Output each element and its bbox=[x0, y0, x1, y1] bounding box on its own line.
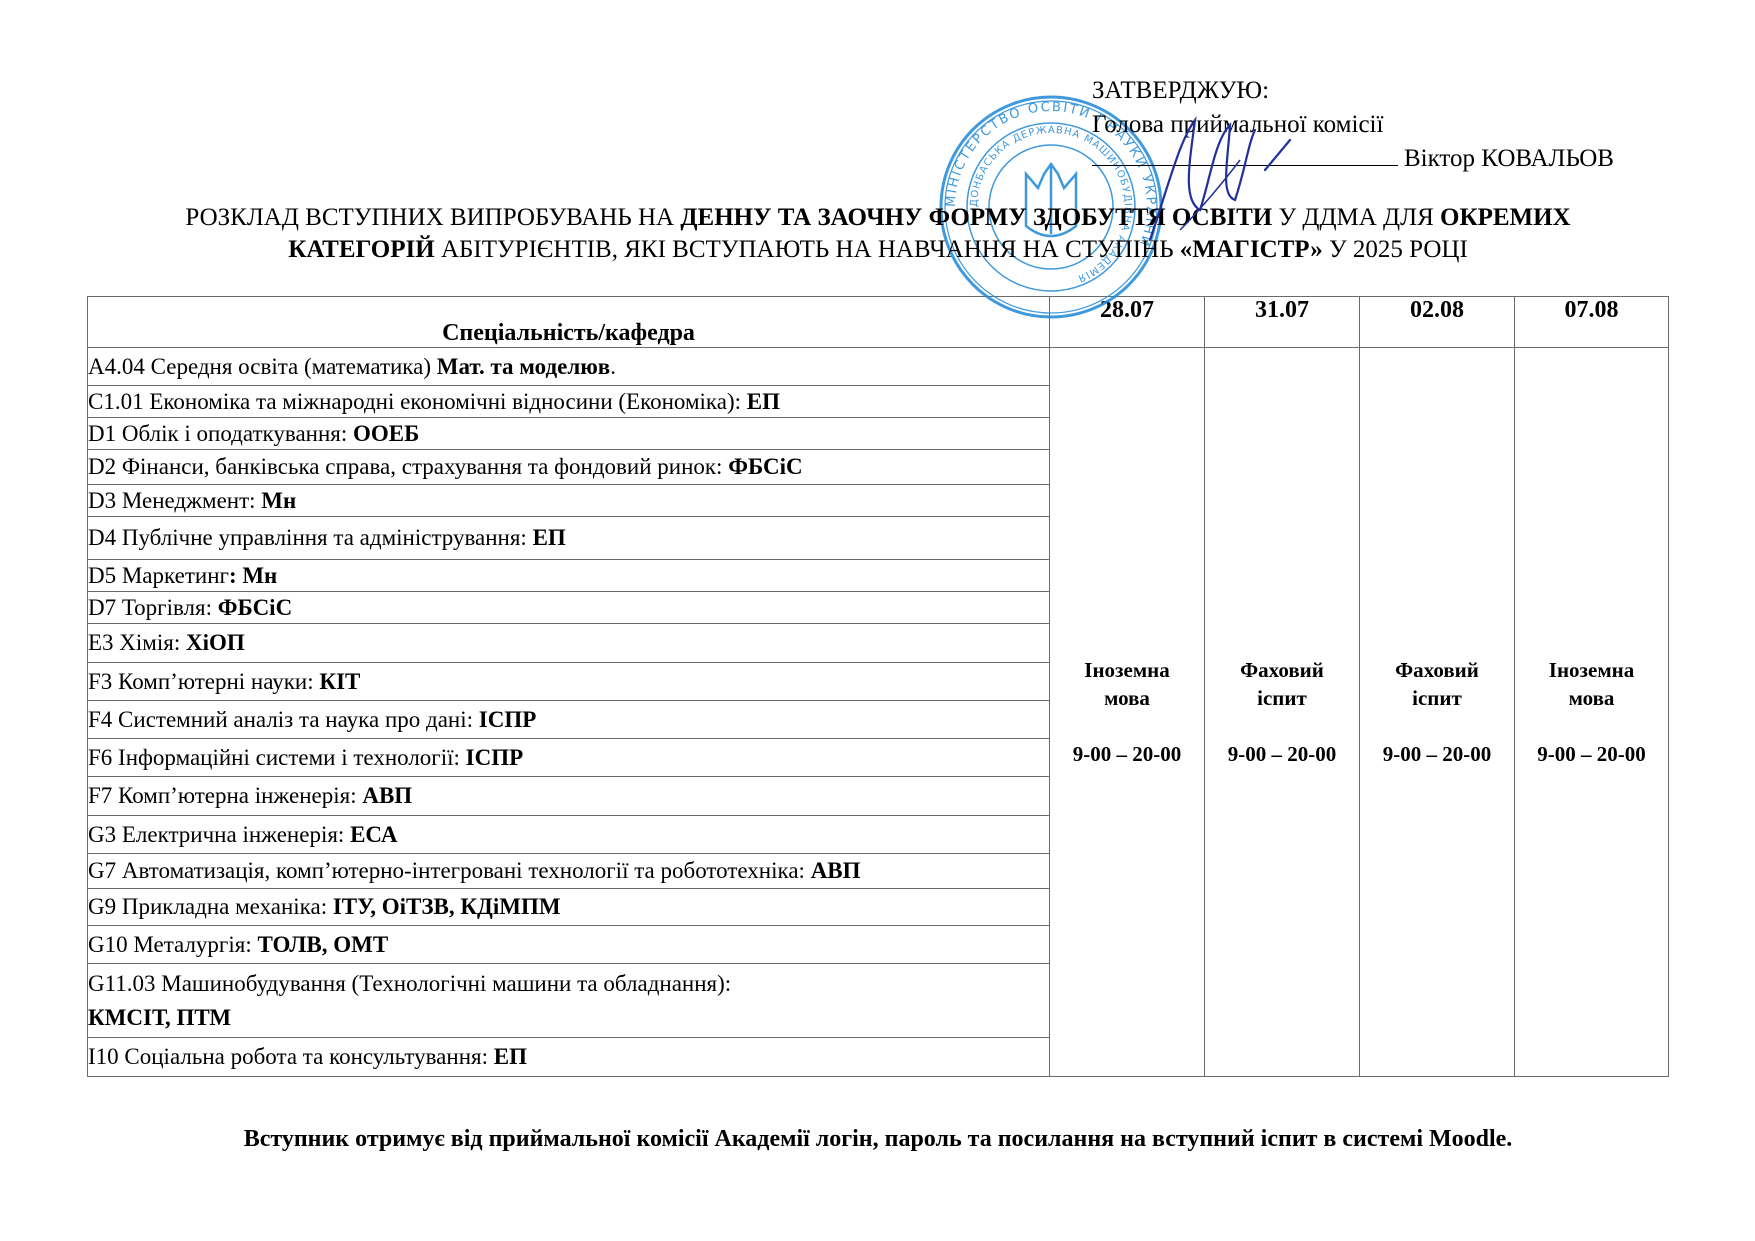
specialty-cell: E3 Хімія: ХіОП bbox=[88, 624, 1050, 663]
exam-time: 9-00 – 20-00 bbox=[1205, 740, 1359, 768]
header-date: 31.07 bbox=[1205, 297, 1360, 348]
exam-name: Іноземна bbox=[1515, 656, 1668, 684]
specialty-name: D5 Маркетинг bbox=[88, 563, 229, 588]
exam-cell-07.08: Іноземнамова9-00 – 20-00 bbox=[1515, 348, 1669, 1077]
table-row: A4.04 Середня освіта (математика) Мат. т… bbox=[88, 348, 1669, 386]
header-specialty: Спеціальність/кафедра bbox=[88, 297, 1050, 348]
header-date: 02.08 bbox=[1360, 297, 1515, 348]
specialty-name: G3 Електрична інженерія: bbox=[88, 822, 350, 847]
exam-name: Іноземна bbox=[1050, 656, 1204, 684]
department-code: ХіОП bbox=[186, 630, 245, 655]
specialty-cell: D1 Облік і оподаткування: ООЕБ bbox=[88, 418, 1050, 450]
specialty-cell: G10 Металургія: ТОЛВ, ОМТ bbox=[88, 926, 1050, 964]
specialty-cell: F7 Комп’ютерна інженерія: АВП bbox=[88, 777, 1050, 816]
specialty-name: D1 Облік і оподаткування: bbox=[88, 421, 353, 446]
department-code: ЕСА bbox=[350, 822, 397, 847]
exam-time: 9-00 – 20-00 bbox=[1050, 740, 1204, 768]
exam-name: мова bbox=[1050, 684, 1204, 712]
specialty-cell: F3 Комп’ютерні науки: КІТ bbox=[88, 663, 1050, 701]
specialty-name: G11.03 Машинобудування (Технологічні маш… bbox=[88, 971, 731, 996]
department-code: ІТУ, ОіТЗВ, КДіМПМ bbox=[333, 894, 561, 919]
exam-name: іспит bbox=[1360, 684, 1514, 712]
specialty-cell: F6 Інформаційні системи і технології: ІС… bbox=[88, 739, 1050, 777]
specialty-cell: F4 Системний аналіз та наука про дані: І… bbox=[88, 701, 1050, 739]
exam-name: Фаховий bbox=[1205, 656, 1359, 684]
exam-cell-02.08: Фаховийіспит9-00 – 20-00 bbox=[1360, 348, 1515, 1077]
specialty-name: G7 Автоматизація, комп’ютерно-інтегрован… bbox=[88, 858, 811, 883]
specialty-cell: D4 Публічне управління та адмініструванн… bbox=[88, 517, 1050, 560]
specialty-cell: G3 Електрична інженерія: ЕСА bbox=[88, 816, 1050, 854]
department-code: АВП bbox=[811, 858, 861, 883]
specialty-cell: D3 Менеджмент: Мн bbox=[88, 485, 1050, 517]
signatory-name: Віктор КОВАЛЬОВ bbox=[1404, 145, 1614, 172]
department-code: КІТ bbox=[319, 669, 360, 694]
document-title: РОЗКЛАД ВСТУПНИХ ВИПРОБУВАНЬ НА ДЕННУ ТА… bbox=[40, 202, 1716, 266]
specialty-cell: A4.04 Середня освіта (математика) Мат. т… bbox=[88, 348, 1050, 386]
department-code: ЕП bbox=[533, 525, 566, 550]
department-code: ЕП bbox=[747, 389, 780, 414]
specialty-cell: I10 Соціальна робота та консультування: … bbox=[88, 1038, 1050, 1077]
department-code: ТОЛВ, ОМТ bbox=[257, 932, 388, 957]
department-code: ООЕБ bbox=[353, 421, 419, 446]
approval-block: ЗАТВЕРДЖУЮ: Голова приймальної комісії В… bbox=[1092, 74, 1614, 176]
exam-cell-31.07: Фаховийіспит9-00 – 20-00 bbox=[1205, 348, 1360, 1077]
header-date: 28.07 bbox=[1050, 297, 1205, 348]
department-code: ІСПР bbox=[466, 745, 524, 770]
specialty-cell: G7 Автоматизація, комп’ютерно-інтегрован… bbox=[88, 854, 1050, 889]
department-code: АВП bbox=[362, 783, 412, 808]
specialty-name: F3 Комп’ютерні науки: bbox=[88, 669, 319, 694]
approval-signatory-line: Віктор КОВАЛЬОВ bbox=[1092, 142, 1614, 176]
specialty-name: F6 Інформаційні системи і технології: bbox=[88, 745, 466, 770]
department-code: ІСПР bbox=[479, 707, 537, 732]
exam-cell-28.07: Іноземнамова9-00 – 20-00 bbox=[1050, 348, 1205, 1077]
title-emphasis: КАТЕГОРІЙ bbox=[288, 236, 435, 263]
specialty-cell: C1.01 Економіка та міжнародні економічні… bbox=[88, 386, 1050, 418]
specialty-name: F7 Комп’ютерна інженерія: bbox=[88, 783, 362, 808]
specialty-name: E3 Хімія: bbox=[88, 630, 186, 655]
exam-name: іспит bbox=[1205, 684, 1359, 712]
specialty-cell: G9 Прикладна механіка: ІТУ, ОіТЗВ, КДіМП… bbox=[88, 889, 1050, 926]
specialty-cell: G11.03 Машинобудування (Технологічні маш… bbox=[88, 964, 1050, 1038]
specialty-cell: D5 Маркетинг: Мн bbox=[88, 560, 1050, 592]
header-date: 07.08 bbox=[1515, 297, 1669, 348]
exam-name: мова bbox=[1515, 684, 1668, 712]
exam-time: 9-00 – 20-00 bbox=[1515, 740, 1668, 768]
exam-name: Фаховий bbox=[1360, 656, 1514, 684]
specialty-name: D4 Публічне управління та адмініструванн… bbox=[88, 525, 533, 550]
specialty-name: G9 Прикладна механіка: bbox=[88, 894, 333, 919]
specialty-name: D7 Торгівля: bbox=[88, 595, 218, 620]
title-line-2: КАТЕГОРІЙ АБІТУРІЄНТІВ, ЯКІ ВСТУПАЮТЬ НА… bbox=[40, 234, 1716, 266]
exam-time: 9-00 – 20-00 bbox=[1360, 740, 1514, 768]
title-text: У 2025 РОЦІ bbox=[1323, 236, 1468, 263]
specialty-name: I10 Соціальна робота та консультування: bbox=[88, 1044, 494, 1069]
department-code: Мн bbox=[261, 488, 296, 513]
approval-position: Голова приймальної комісії bbox=[1092, 108, 1614, 142]
department-code: : Мн bbox=[229, 563, 277, 588]
title-text: РОЗКЛАД ВСТУПНИХ ВИПРОБУВАНЬ НА bbox=[185, 204, 680, 231]
specialty-name: F4 Системний аналіз та наука про дані: bbox=[88, 707, 479, 732]
department-code: ФБСіС bbox=[218, 595, 292, 620]
exam-schedule-table: Спеціальність/кафедра 28.07 31.07 02.08 … bbox=[87, 296, 1669, 1077]
specialty-cell: D2 Фінанси, банківська справа, страхуван… bbox=[88, 450, 1050, 485]
specialty-name: A4.04 Середня освіта (математика) bbox=[88, 354, 437, 379]
title-emphasis: «МАГІСТР» bbox=[1180, 236, 1323, 263]
specialty-name: C1.01 Економіка та міжнародні економічні… bbox=[88, 389, 747, 414]
signature-line bbox=[1092, 143, 1398, 166]
title-text: АБІТУРІЄНТІВ, ЯКІ ВСТУПАЮТЬ НА НАВЧАННЯ … bbox=[435, 236, 1180, 263]
title-emphasis: ОКРЕМИХ bbox=[1440, 204, 1571, 231]
title-line-1: РОЗКЛАД ВСТУПНИХ ВИПРОБУВАНЬ НА ДЕННУ ТА… bbox=[40, 202, 1716, 234]
department-code: КМСІТ, ПТМ bbox=[88, 1005, 1049, 1031]
specialty-name: D2 Фінанси, банківська справа, страхуван… bbox=[88, 454, 728, 479]
department-code: ЕП bbox=[494, 1044, 527, 1069]
footer-note: Вступник отримує від приймальної комісії… bbox=[40, 1126, 1716, 1153]
specialty-cell: D7 Торгівля: ФБСіС bbox=[88, 592, 1050, 624]
department-code: ФБСіС bbox=[728, 454, 802, 479]
department-code: Мат. та моделюв bbox=[437, 354, 610, 379]
specialty-name: D3 Менеджмент: bbox=[88, 488, 261, 513]
approval-heading: ЗАТВЕРДЖУЮ: bbox=[1092, 74, 1614, 108]
specialty-name: G10 Металургія: bbox=[88, 932, 257, 957]
title-emphasis: ДЕННУ ТА ЗАОЧНУ ФОРМУ ЗДОБУТТЯ ОСВІТИ bbox=[680, 204, 1272, 231]
title-text: У ДДМА ДЛЯ bbox=[1272, 204, 1440, 231]
